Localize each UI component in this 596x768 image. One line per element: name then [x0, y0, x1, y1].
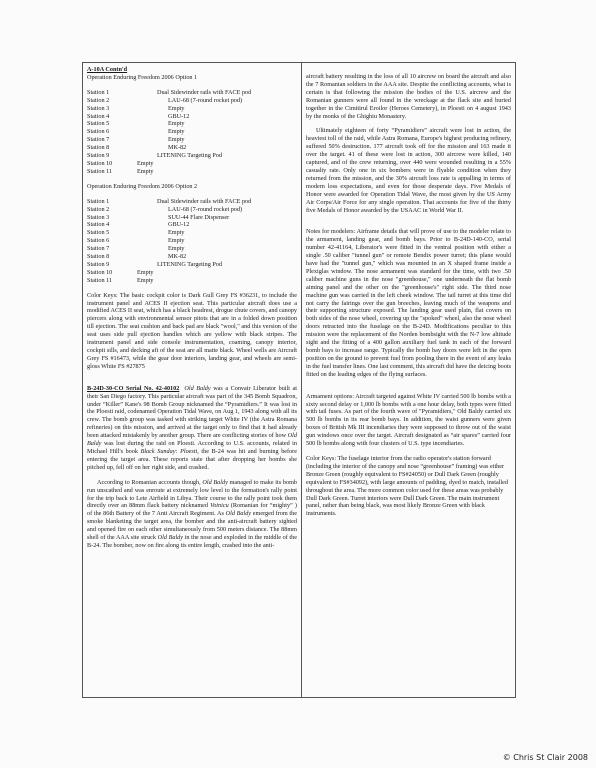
station-loadout: SUU-44 Flare Dispenser: [137, 214, 229, 222]
b24-heading: B-24D-30-CO Serial No. 42-40102: [87, 385, 179, 392]
station-label: Station 4: [87, 221, 137, 229]
station-loadout: LITENING Targeting Pod: [137, 152, 222, 160]
station-row: Station 10Empty: [87, 160, 297, 168]
text-run: was a Convair Liberator built at their S…: [87, 385, 297, 439]
station-loadout: Empty: [137, 128, 185, 136]
b24-color-keys-paragraph: Color Keys: The fuselage interior from t…: [306, 455, 511, 518]
station-row: Station 4GBU-12: [87, 221, 297, 229]
station-label: Station 11: [87, 168, 137, 176]
station-row: Station 4GBU-12: [87, 113, 297, 121]
station-label: Station 7: [87, 245, 137, 253]
option1-station-list: Station 1Dual Sidewinder rails with FACE…: [87, 89, 297, 176]
station-row: Station 3Empty: [87, 105, 297, 113]
book-title: Black Sunday: Ploesti: [141, 448, 198, 455]
section-heading: A-10A Contn'd: [87, 66, 297, 74]
aircraft-name: Old Baldy: [158, 534, 183, 541]
station-label: Station 8: [87, 253, 137, 261]
station-row: Station 8MK-82: [87, 253, 297, 261]
station-label: Station 4: [87, 113, 137, 121]
station-row: Station 5Empty: [87, 229, 297, 237]
station-row: Station 10Empty: [87, 269, 297, 277]
station-row: Station 6Empty: [87, 128, 297, 136]
station-label: Station 7: [87, 136, 137, 144]
station-row: Station 5Empty: [87, 120, 297, 128]
station-loadout: Empty: [137, 160, 154, 168]
aircraft-name: Old Baldy: [226, 510, 251, 517]
station-loadout: Empty: [137, 245, 185, 253]
station-row: Station 9LITENING Targeting Pod: [87, 152, 297, 160]
station-row: Station 7Empty: [87, 136, 297, 144]
station-label: Station 11: [87, 277, 137, 285]
station-loadout: Empty: [137, 269, 154, 277]
station-label: Station 10: [87, 160, 137, 168]
aircraft-name: Old Baldy: [184, 385, 210, 392]
station-label: Station 3: [87, 214, 137, 222]
romanian-accounts-paragraph: According to Romanian accounts though, O…: [87, 479, 297, 550]
b24-intro-paragraph: B-24D-30-CO Serial No. 42-40102 Old Bald…: [87, 385, 297, 472]
right-column: aircraft battery resulting in the loss o…: [302, 63, 515, 697]
station-loadout: MK-82: [137, 144, 186, 152]
armament-paragraph: Armament options: Aircraft targeted agai…: [306, 393, 511, 448]
copyright-watermark: © Chris St Clair 2008: [503, 753, 588, 762]
station-loadout: Empty: [137, 168, 154, 176]
station-row: Station 2LAU-68 (7-round rocket pod): [87, 206, 297, 214]
station-loadout: Empty: [137, 136, 185, 144]
option1-title: Operation Enduring Freedom 2006 Option 1: [87, 74, 297, 82]
losses-paragraph: Ultimately eighteen of forty “Pyramidier…: [306, 127, 511, 214]
station-label: Station 9: [87, 261, 137, 269]
station-row: Station 1Dual Sidewinder rails with FACE…: [87, 89, 297, 97]
station-label: Station 6: [87, 128, 137, 136]
station-loadout: Dual Sidewinder rails with FACE pod: [137, 89, 251, 97]
left-column: A-10A Contn'd Operation Enduring Freedom…: [83, 63, 302, 697]
station-loadout: Empty: [137, 120, 185, 128]
station-label: Station 5: [87, 120, 137, 128]
text-run: According to Romanian accounts though,: [97, 479, 202, 486]
station-loadout: Empty: [137, 105, 185, 113]
station-row: Station 3SUU-44 Flare Dispenser: [87, 214, 297, 222]
station-label: Station 1: [87, 198, 137, 206]
station-loadout: GBU-12: [137, 113, 189, 121]
station-loadout: LAU-68 (7-round rocket pod): [137, 97, 242, 105]
color-keys-paragraph: Color Keys: The basic cockpit color is D…: [87, 292, 297, 371]
station-label: Station 5: [87, 229, 137, 237]
station-row: Station 8MK-82: [87, 144, 297, 152]
station-label: Station 10: [87, 269, 137, 277]
station-label: Station 9: [87, 152, 137, 160]
station-label: Station 3: [87, 105, 137, 113]
option2-title: Operation Enduring Freedom 2006 Option 2: [87, 183, 297, 191]
station-label: Station 2: [87, 97, 137, 105]
station-loadout: LAU-68 (7-round rocket pod): [137, 206, 242, 214]
station-row: Station 2LAU-68 (7-round rocket pod): [87, 97, 297, 105]
battery-name: Voinicu: [210, 502, 229, 509]
aircraft-name: Old Baldy: [202, 479, 227, 486]
station-loadout: Empty: [137, 229, 185, 237]
station-loadout: Empty: [137, 277, 154, 285]
option2-station-list: Station 1Dual Sidewinder rails with FACE…: [87, 198, 297, 285]
aftermath-paragraph: aircraft battery resulting in the loss o…: [306, 73, 511, 120]
station-loadout: MK-82: [137, 253, 186, 261]
station-row: Station 11Empty: [87, 277, 297, 285]
station-row: Station 1Dual Sidewinder rails with FACE…: [87, 198, 297, 206]
station-row: Station 9LITENING Targeting Pod: [87, 261, 297, 269]
station-row: Station 11Empty: [87, 168, 297, 176]
station-loadout: Dual Sidewinder rails with FACE pod: [137, 198, 251, 206]
modeler-notes-paragraph: Notes for modelers: Airframe details tha…: [306, 228, 511, 378]
station-loadout: GBU-12: [137, 221, 189, 229]
station-row: Station 7Empty: [87, 245, 297, 253]
document-page: A-10A Contn'd Operation Enduring Freedom…: [82, 62, 516, 698]
station-row: Station 6Empty: [87, 237, 297, 245]
station-label: Station 1: [87, 89, 137, 97]
station-label: Station 2: [87, 206, 137, 214]
station-label: Station 6: [87, 237, 137, 245]
station-loadout: LITENING Targeting Pod: [137, 261, 222, 269]
station-label: Station 8: [87, 144, 137, 152]
station-loadout: Empty: [137, 237, 185, 245]
